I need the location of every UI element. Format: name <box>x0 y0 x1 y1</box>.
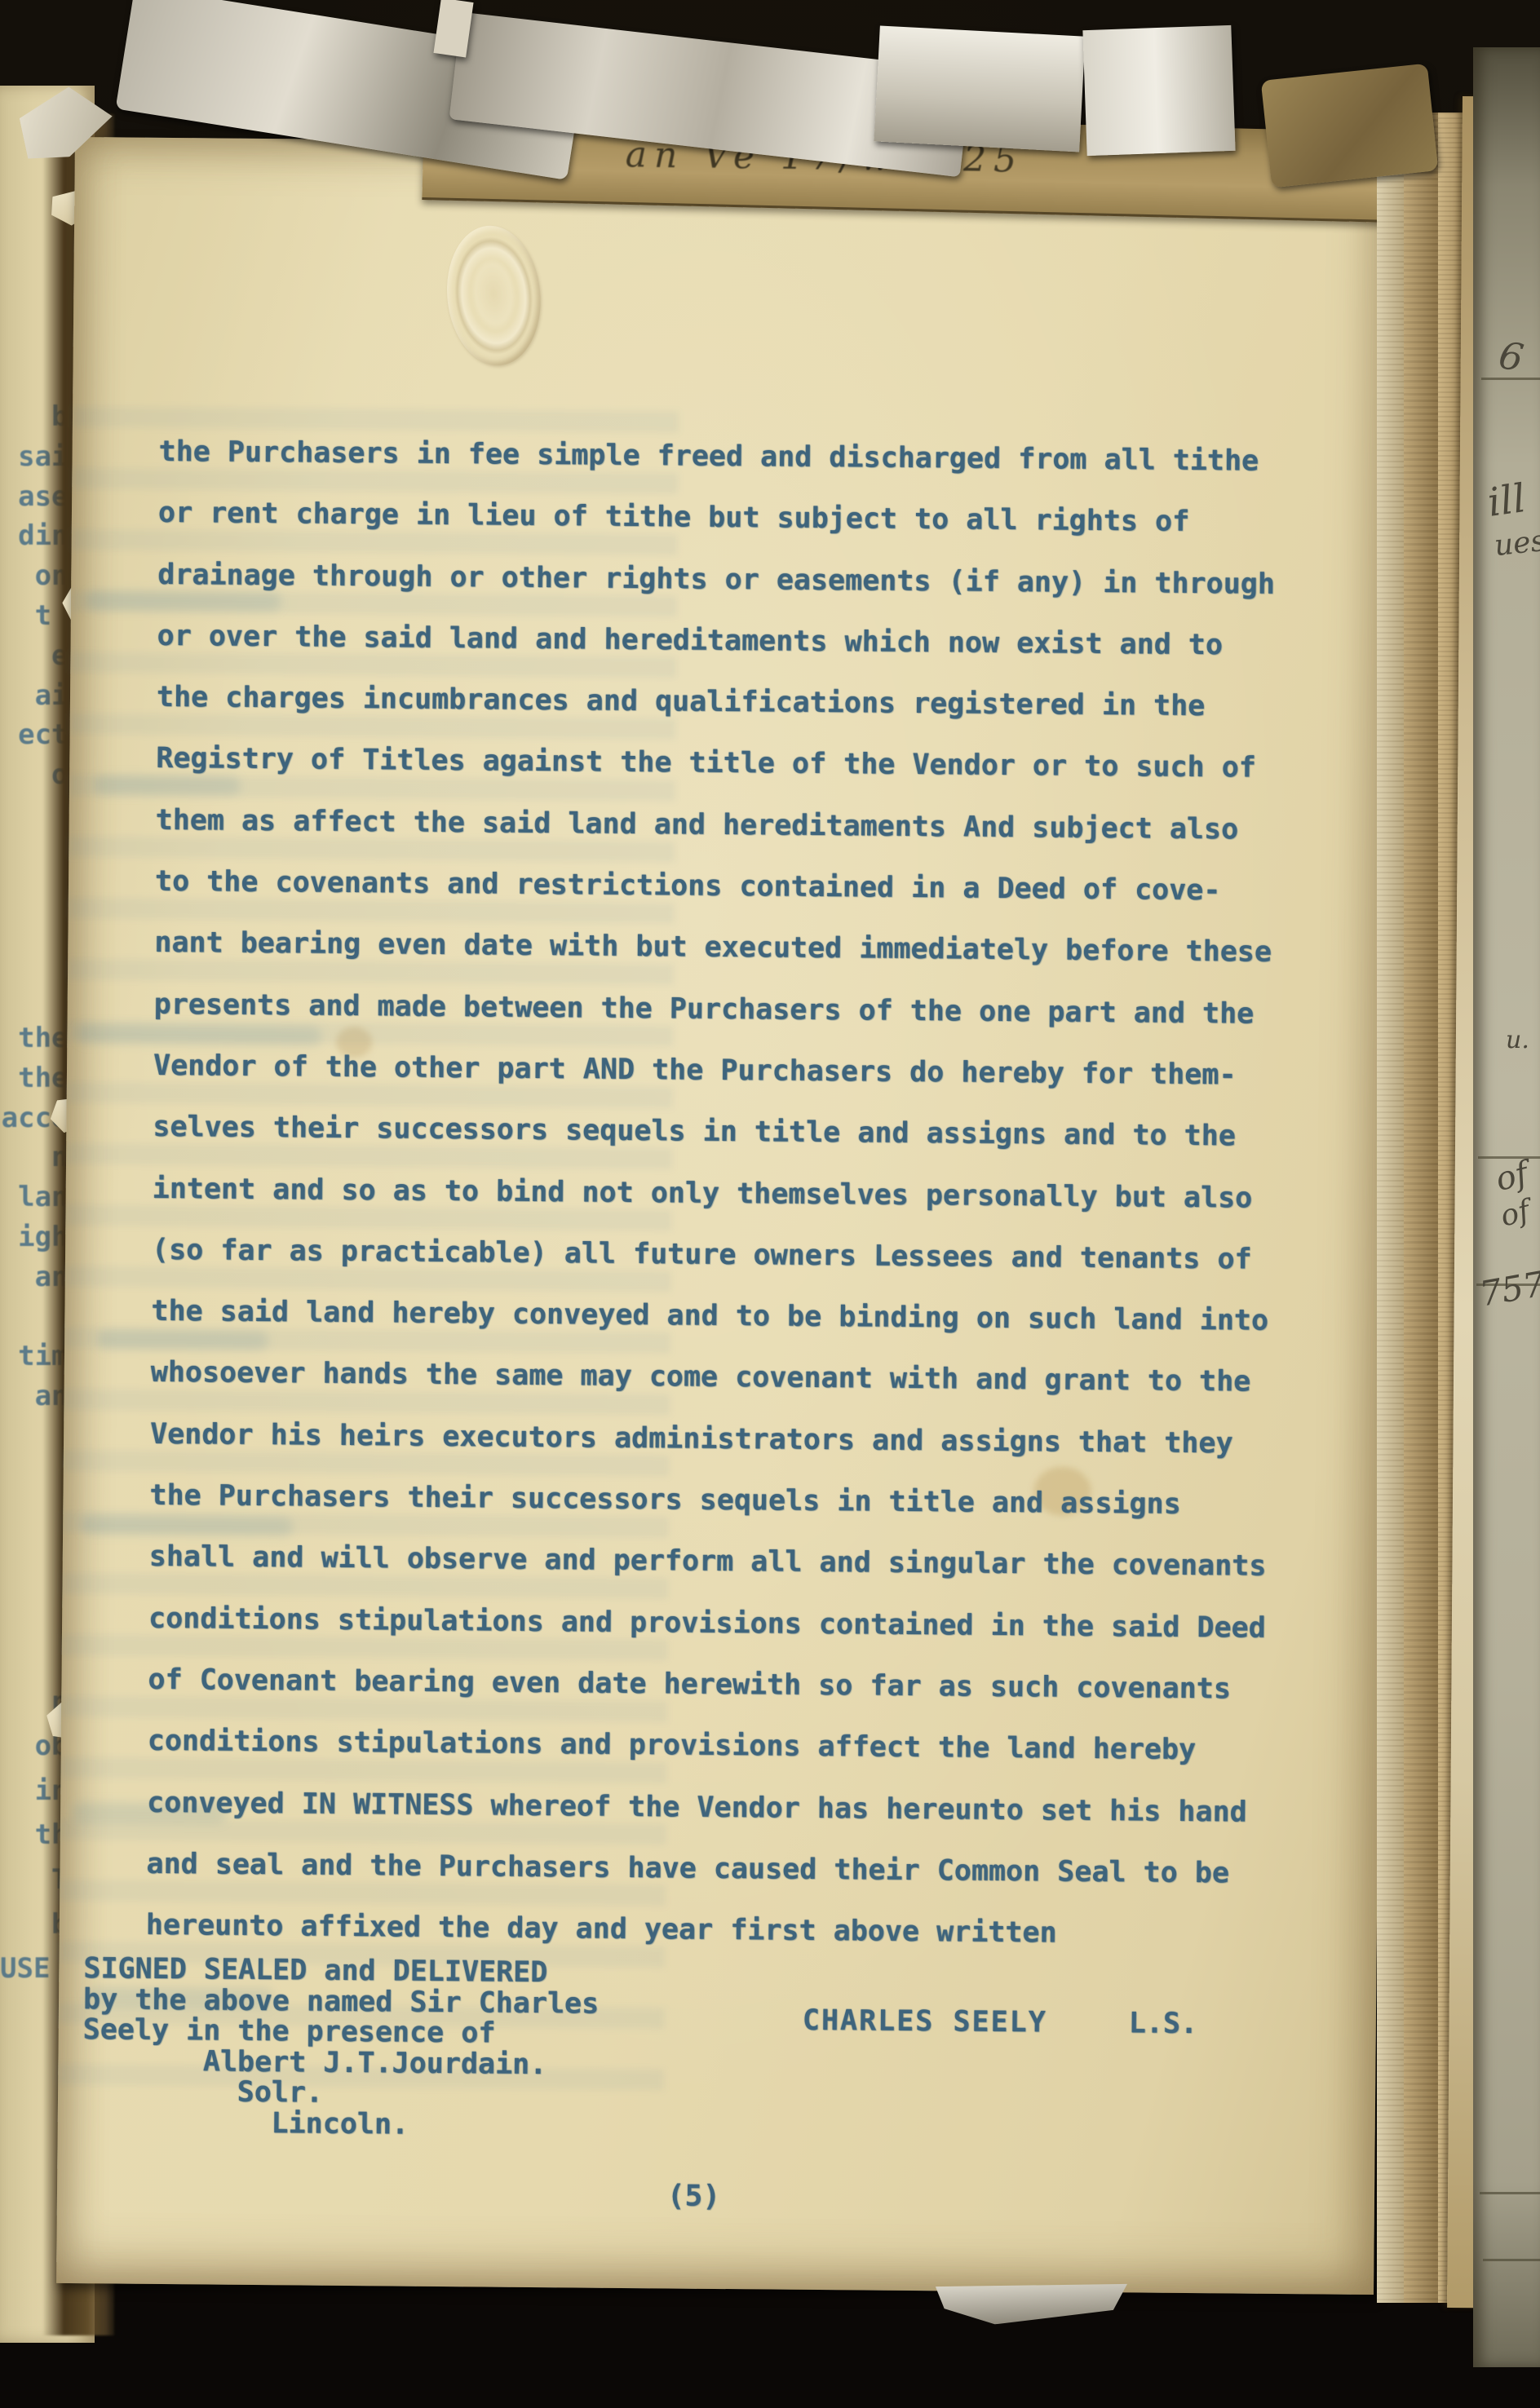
page-number: (5) <box>667 2179 720 2213</box>
ruled-line <box>1480 2192 1540 2194</box>
signature-name: CHARLES SEELY <box>803 2004 1047 2039</box>
crumpled-paper <box>874 26 1085 152</box>
crumpled-paper-corner <box>1261 64 1439 188</box>
handwriting-fragment: 6 <box>1496 333 1527 380</box>
page-stack-edge <box>1377 113 1405 2303</box>
handwritten-page-behind: 6 ill ues u. of of 757 <box>1473 47 1540 2367</box>
photo-background: be said aser ding on- t - er air ect- of… <box>0 0 1540 2408</box>
handwriting-fragment: 757 <box>1476 1263 1540 1314</box>
deed-page: the Purchasers in fee simple freed and d… <box>56 137 1392 2295</box>
crumpled-paper <box>1082 25 1235 156</box>
deed-body-text: the Purchasers in fee simple freed and d… <box>146 422 1277 1966</box>
handwriting-fragment: of <box>1498 1194 1533 1233</box>
page-stack-edge <box>1404 113 1440 2303</box>
handwriting-fragment: of <box>1492 1155 1532 1199</box>
ruled-line <box>1483 2259 1540 2261</box>
handwriting-fragment: ues <box>1493 524 1540 563</box>
handwriting-fragment: u. <box>1506 1026 1529 1054</box>
embossed-seal <box>440 221 547 369</box>
attestation-clause: SIGNED SEALED and DELIVERED by the above… <box>82 1954 600 2142</box>
locus-sigilli-abbrev: L.S. <box>1129 2007 1198 2040</box>
handwriting-fragment: ill <box>1485 475 1528 526</box>
